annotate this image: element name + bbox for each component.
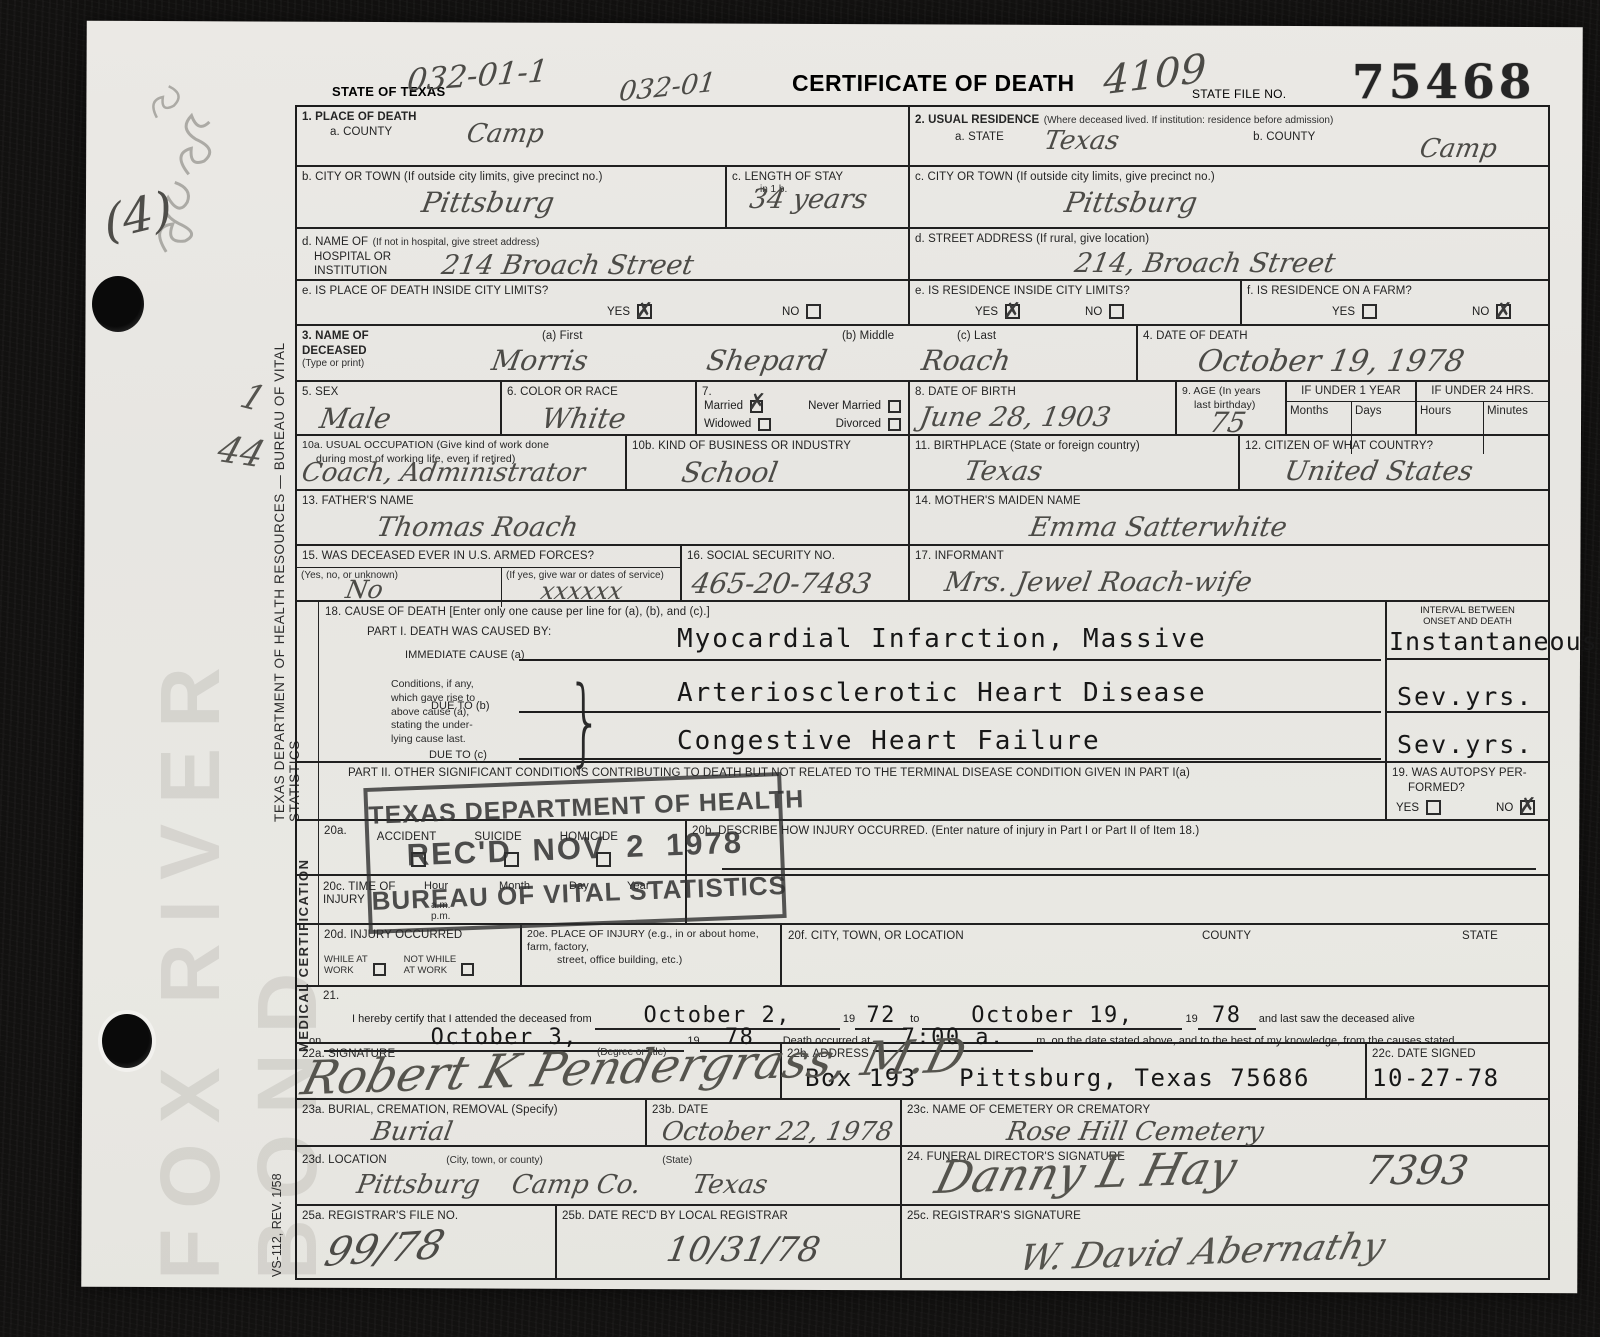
cemetery-name-label: 23c. NAME OF CEMETERY OR CREMATORY [907,1103,1543,1117]
conditions-note-line: Conditions, if any, [391,678,475,692]
due-to-c-label: DUE TO (c) [429,749,487,763]
age-label-1: 9. AGE (In years [1182,385,1280,398]
yes-label: YES [607,306,630,318]
year-19-prefix: 19 [843,1013,855,1025]
interval-a-line [1387,658,1548,660]
field-occupation: 10a. USUAL OCCUPATION (Give kind of work… [297,436,627,489]
burial-location-sub-1: (City, town, or county) [446,1155,543,1166]
date-signed-value: 10-27-78 [1372,1064,1543,1092]
field-injury-location: 20f. CITY, TOWN, OR LOCATION COUNTY STAT… [782,925,1548,986]
occupation-value: Coach, Administrator [299,458,587,488]
citizen-label: 12. CITIZEN OF WHAT COUNTRY? [1245,439,1543,453]
medical-section-strip [297,925,319,986]
usual-residence-label: 2. USUAL RESIDENCE [915,114,1039,126]
field-registrar-file-no: 25a. REGISTRAR'S FILE NO. 99/78 [297,1206,557,1278]
death-city-value: Pittsburg [419,186,557,219]
race-value: White [539,402,628,435]
immediate-cause-value: Myocardial Infarction, Massive [677,624,1207,654]
medical-section-strip [297,876,319,923]
mother-name-value: Emma Satterwhite [1027,512,1289,543]
widowed-checkbox [758,418,771,431]
field-if-under-1-year: IF UNDER 1 YEAR Months Days [1287,382,1417,434]
residence-city-label: c. CITY OR TOWN (If outside city limits,… [915,170,1543,184]
registrar-date-label: 25b. DATE REC'D BY LOCAL REGISTRAR [562,1209,895,1223]
place-of-injury-label-2: street, office building, etc.) [557,954,775,967]
field-death-city: b. CITY OR TOWN (If outside city limits,… [297,167,727,227]
county-label: a. COUNTY [330,125,392,149]
check-mark: ✗ [635,301,653,323]
injury-state-label: STATE [1462,929,1498,943]
interval-b-value: Sev.yrs. [1397,682,1533,711]
time-of-injury-label-2: INJURY [323,893,365,907]
place-of-injury-label-1: 20e. PLACE OF INJURY (e.g., in or about … [527,928,775,954]
punch-hole-top [92,276,144,332]
county-value: Camp [465,119,547,149]
state-file-no-label: STATE FILE NO. [1192,87,1286,101]
farm-yes: YES [1332,304,1377,319]
field-cemetery-name: 23c. NAME OF CEMETERY OR CREMATORY Rose … [902,1100,1548,1145]
name-label-1: 3. NAME OF [302,329,369,343]
death-limits-yes-checkbox: ✗ [637,304,652,319]
no-label: NO [782,306,799,318]
street-address-value: 214, Broach Street [1072,248,1337,279]
field-burial-type: 23a. BURIAL, CREMATION, REMOVAL (Specify… [297,1100,647,1145]
residence-city-limits-label: e. IS RESIDENCE INSIDE CITY LIMITS? [915,284,1235,298]
row-city: b. CITY OR TOWN (If outside city limits,… [297,167,1548,229]
widowed-option: Widowed [704,418,771,431]
autopsy-no: NO ✗ [1496,800,1535,815]
married-option: Married ✗ [704,400,763,413]
field-residence-city: c. CITY OR TOWN (If outside city limits,… [910,167,1548,227]
burial-date-value: October 22, 1978 [659,1117,895,1147]
check-mark: ✗ [1494,301,1512,323]
residence-limits-yes: YES ✗ [975,304,1020,319]
field-place-of-death: 1. PLACE OF DEATH a. COUNTY Camp [297,107,910,165]
yes-label: YES [1332,306,1355,318]
widowed-label: Widowed [704,418,751,430]
name-label-2: DECEASED [302,344,369,358]
residence-limits-no: NO [1085,304,1124,319]
residence-state-value: Texas [1041,126,1122,164]
length-of-stay-label: c. LENGTH OF STAY [732,170,903,184]
yes-label: YES [1396,802,1419,814]
hospital-label-3: INSTITUTION [314,264,387,281]
interval-c-value: Sev.yrs. [1397,730,1533,759]
residence-state-label: a. STATE [955,130,1004,164]
usual-residence-sublabel: (Where deceased lived. If institution: r… [1044,115,1334,126]
field-injury-occurred: 20d. INJURY OCCURRED WHILE AT WORK NOT W… [319,925,522,986]
yes-label: YES [975,306,998,318]
field-hospital: d. NAME OF (If not in hospital, give str… [297,229,910,279]
field-industry: 10b. KIND OF BUSINESS OR INDUSTRY School [627,436,910,489]
occupation-label-1: 10a. USUAL OCCUPATION (Give kind of work… [302,439,620,452]
certify-text-2: and last saw the deceased alive [1259,1013,1415,1025]
under-1-year-label: IF UNDER 1 YEAR [1287,382,1415,401]
residence-farm-label: f. IS RESIDENCE ON A FARM? [1247,284,1543,298]
residence-city-value: Pittsburg [1062,186,1200,219]
industry-label: 10b. KIND OF BUSINESS OR INDUSTRY [632,439,903,453]
registrar-file-label: 25a. REGISTRAR'S FILE NO. [302,1209,550,1223]
interval-label-1: INTERVAL BETWEEN [1387,605,1548,616]
field-cause-of-death: 18. CAUSE OF DEATH [Enter only one cause… [319,602,1385,761]
field-date-of-death: 4. DATE OF DEATH October 19, 1978 [1138,326,1548,380]
interval-label-2: ONSET AND DEATH [1387,616,1548,627]
field-ssn: 16. SOCIAL SECURITY NO. 465-20-7483 [682,546,910,600]
interval-b-line [1387,711,1548,713]
date-of-death-value: October 19, 1978 [1195,344,1467,379]
field-residence-farm: f. IS RESIDENCE ON A FARM? YES NO ✗ [1242,281,1548,325]
describe-injury-label: 20b. DESCRIBE HOW INJURY OCCURRED. (Ente… [692,824,1543,838]
row-location-funeral: 23d. LOCATION (City, town, or county) (S… [297,1147,1548,1207]
field-armed-forces: 15. WAS DECEASED EVER IN U.S. ARMED FORC… [297,546,682,600]
injury-county-label: COUNTY [1202,929,1251,943]
hospital-label-1: d. NAME OF [302,236,368,248]
cause-part1-label: PART I. DEATH WAS CAUSED BY: [367,625,551,639]
no-label: NO [1472,306,1489,318]
funeral-director-signature-value: Danny L Hay [930,1141,1242,1204]
field-birthplace: 11. BIRTHPLACE (State or foreign country… [910,436,1240,489]
row-sex-race-dob: 5. SEX Male 6. COLOR OR RACE White 7. Ma… [297,382,1548,436]
burial-location-city: Pittsburg [354,1170,482,1200]
row-cause-of-death: 18. CAUSE OF DEATH [Enter only one cause… [297,602,1548,763]
field-if-under-24-hrs: IF UNDER 24 HRS. Hours Minutes [1417,382,1548,434]
death-city-limits-label: e. IS PLACE OF DEATH INSIDE CITY LIMITS? [302,284,903,298]
autopsy-label-2: FORMED? [1408,781,1543,795]
marital-label: 7. [702,385,903,399]
immediate-cause-line [519,659,1381,661]
field-time-of-injury-blank [687,876,1548,923]
informant-label: 17. INFORMANT [915,549,1543,563]
ssn-value: 465-20-7483 [689,567,874,600]
not-while-at-work-label-2: AT WORK [404,965,457,976]
residence-county-value: Camp [1418,134,1500,164]
immediate-cause-label: IMMEDIATE CAUSE (a) [405,649,525,663]
describe-injury-line [722,868,1536,870]
registrar-signature-label: 25c. REGISTRAR'S SIGNATURE [907,1209,1543,1223]
medical-section-strip [297,821,319,874]
while-at-work-label-2: WORK [324,965,368,976]
burial-location-state: Texas [690,1170,770,1200]
field-race: 6. COLOR OR RACE White [502,382,697,434]
injury-20a-label: 20a. [324,824,347,872]
street-address-label: d. STREET ADDRESS (If rural, give locati… [915,232,1543,246]
field-informant: 17. INFORMANT Mrs. Jewel Roach-wife [910,546,1548,600]
check-mark: ✗ [1518,796,1536,818]
death-limits-no: NO [782,304,821,319]
divorced-label: Divorced [836,418,881,430]
registrar-file-value: 99/78 [320,1222,449,1276]
field-burial-date: 23b. DATE October 22, 1978 [647,1100,902,1145]
first-name-label: (a) First [542,329,583,343]
hospital-sublabel: (If not in hospital, give street address… [373,237,540,248]
industry-value: School [679,456,780,489]
row-forces-ssn: 15. WAS DECEASED EVER IN U.S. ARMED FORC… [297,546,1548,602]
burial-location-label: 23d. LOCATION [302,1154,387,1166]
death-limits-yes: YES ✗ [607,304,652,319]
check-mark: ✗ [1003,301,1021,323]
field-length-of-stay: c. LENGTH OF STAY in 1 b. 34 years [727,167,910,227]
certificate-form: 1. PLACE OF DEATH a. COUNTY Camp 2. USUA… [295,105,1550,1280]
scanned-death-certificate: (4) 1 44 FOX RIVER BOND TEXAS DEPARTMENT… [0,0,1600,1337]
field-registrar-date: 25b. DATE REC'D BY LOCAL REGISTRAR 10/31… [557,1206,902,1278]
birthplace-value: Texas [962,456,1045,487]
form-code-label: VS-112, REV. 1/58 [270,1092,284,1277]
row-name-dod: 3. NAME OF DECEASED (Type or print) (a) … [297,326,1548,382]
due-to-b-label: DUE TO (b) [431,700,490,714]
armed-forces-value-2: xxxxxx [539,577,625,605]
medical-section-strip [297,763,319,819]
field-death-city-limits: e. IS PLACE OF DEATH INSIDE CITY LIMITS?… [297,281,910,325]
field-residence-city-limits: e. IS RESIDENCE INSIDE CITY LIMITS? YES … [910,281,1242,325]
field-interval-column: INTERVAL BETWEEN ONSET AND DEATH Instant… [1385,602,1548,761]
to-label: to [910,1013,919,1025]
divorced-option: Divorced [836,418,901,431]
field-father-name: 13. FATHER'S NAME Thomas Roach [297,491,910,544]
citizen-value: United States [1282,456,1475,487]
field-describe-injury: 20b. DESCRIBE HOW INJURY OCCURRED. (Ente… [687,821,1548,874]
autopsy-no-checkbox: ✗ [1520,800,1535,815]
residence-limits-yes-checkbox: ✗ [1005,304,1020,319]
field-usual-residence: 2. USUAL RESIDENCE (Where deceased lived… [910,107,1548,165]
married-checkbox: ✗ [750,400,763,413]
funeral-director-number: 7393 [1362,1148,1472,1194]
received-stamp: TEXAS DEPARTMENT OF HEALTH REC'D NOV 2 1… [363,772,786,934]
last-name-value: Roach [919,344,1013,377]
first-name-value: Morris [489,344,590,377]
field-sex: 5. SEX Male [297,382,502,434]
age-value: 75 [1207,406,1248,439]
death-city-label: b. CITY OR TOWN (If outside city limits,… [302,170,720,184]
no-label: NO [1085,306,1102,318]
state-file-number: 75468 [1352,55,1536,110]
name-sublabel: (Type or print) [302,358,369,369]
race-label: 6. COLOR OR RACE [507,385,690,399]
conditions-note-line: stating the under- [391,719,475,733]
mother-name-label: 14. MOTHER'S MAIDEN NAME [915,494,1543,508]
ssn-label: 16. SOCIAL SECURITY NO. [687,549,903,563]
year-19-prefix: 19 [1185,1013,1197,1025]
middle-name-value: Shepard [704,344,830,377]
death-limits-no-checkbox [806,304,821,319]
autopsy-label-1: 19. WAS AUTOPSY PER- [1392,766,1543,780]
registrar-date-value: 10/31/78 [663,1230,823,1270]
conditions-brace: } [567,668,603,779]
autopsy-yes: YES [1396,800,1441,815]
never-married-checkbox [888,400,901,413]
place-of-death-label: 1. PLACE OF DEATH [302,110,903,124]
burial-location-county: Camp Co. [509,1170,643,1200]
date-of-death-label: 4. DATE OF DEATH [1143,329,1543,343]
row-occupation: 10a. USUAL OCCUPATION (Give kind of work… [297,436,1548,491]
row-city-limits: e. IS PLACE OF DEATH INSIDE CITY LIMITS?… [297,281,1548,327]
field-burial-location: 23d. LOCATION (City, town, or county) (S… [297,1147,902,1205]
certify-number: 21. [323,989,339,1003]
row-parents: 13. FATHER'S NAME Thomas Roach 14. MOTHE… [297,491,1548,546]
cause-title: 18. CAUSE OF DEATH [Enter only one cause… [325,605,710,619]
conditions-note-line: lying cause last. [391,733,475,747]
field-date-of-birth: 8. DATE OF BIRTH June 28, 1903 [910,382,1177,434]
date-of-birth-value: June 28, 1903 [917,402,1113,433]
last-name-label: (c) Last [957,329,996,343]
father-name-value: Thomas Roach [374,512,580,543]
burial-location-sub-2: (State) [662,1155,692,1166]
stamp-line-3: BUREAU OF VITAL STATISTICS [371,870,782,917]
field-age: 9. AGE (In years last birthday) 75 [1177,382,1287,434]
field-place-of-injury: 20e. PLACE OF INJURY (e.g., in or about … [522,925,782,986]
residence-county-label: b. COUNTY [1253,130,1315,164]
field-autopsy: 19. WAS AUTOPSY PER- FORMED? YES NO ✗ [1385,763,1548,819]
farm-no: NO ✗ [1472,304,1511,319]
row-hospital-street: d. NAME OF (If not in hospital, give str… [297,229,1548,281]
length-of-stay-value: 34 years [747,184,869,215]
middle-name-label: (b) Middle [842,329,894,343]
check-mark: ✗ [748,392,766,414]
farm-yes-checkbox [1362,304,1377,319]
never-married-option: Never Married [808,400,901,413]
armed-forces-sub-1: (Yes, no, or unknown) [301,570,497,581]
stamp-line-2: REC'D NOV 2 1978 [369,823,780,875]
farm-no-checkbox: ✗ [1496,304,1511,319]
married-label: Married [704,400,743,412]
burial-type-label: 23a. BURIAL, CREMATION, REMOVAL (Specify… [302,1103,640,1117]
sex-label: 5. SEX [302,385,495,399]
divorced-checkbox [888,418,901,431]
row-burial: 23a. BURIAL, CREMATION, REMOVAL (Specify… [297,1100,1548,1147]
row-place-residence: 1. PLACE OF DEATH a. COUNTY Camp 2. USUA… [297,107,1548,167]
burial-date-label: 23b. DATE [652,1103,895,1117]
father-name-label: 13. FATHER'S NAME [302,494,903,508]
field-name-of-deceased: 3. NAME OF DECEASED (Type or print) (a) … [297,326,1138,380]
while-at-work-checkbox [373,963,386,976]
field-date-signed: 22c. DATE SIGNED 10-27-78 [1367,1044,1548,1098]
field-marital-status: 7. Married ✗ Never Married Widowed [697,382,910,434]
certificate-title: CERTIFICATE OF DEATH [792,70,1075,97]
part2-label: PART II. OTHER SIGNIFICANT CONDITIONS CO… [348,766,1380,780]
due-to-c-line [519,758,1381,760]
field-mother-name: 14. MOTHER'S MAIDEN NAME Emma Satterwhit… [910,491,1548,544]
autopsy-yes-checkbox [1426,800,1441,815]
interval-a-value: Instantaneous [1389,627,1598,656]
hospital-value: 214 Broach Street [440,250,697,281]
armed-forces-label: 15. WAS DECEASED EVER IN U.S. ARMED FORC… [297,546,680,567]
no-label: NO [1496,802,1513,814]
injury-city-label: 20f. CITY, TOWN, OR LOCATION [788,929,964,943]
row-injury-place: 20d. INJURY OCCURRED WHILE AT WORK NOT W… [297,925,1548,988]
field-citizen: 12. CITIZEN OF WHAT COUNTRY? United Stat… [1240,436,1548,489]
medical-section-strip [297,602,319,761]
not-while-at-work-checkbox [461,963,474,976]
stamp-line-1: TEXAS DEPARTMENT OF HEALTH [368,786,779,831]
burial-type-value: Burial [369,1117,455,1147]
due-to-c-value: Congestive Heart Failure [677,726,1101,756]
physician-address-city: Pittsburg, Texas 75686 [959,1064,1310,1092]
field-street-address: d. STREET ADDRESS (If rural, give locati… [910,229,1548,279]
birthplace-label: 11. BIRTHPLACE (State or foreign country… [915,439,1233,453]
under-24-hrs-label: IF UNDER 24 HRS. [1417,382,1548,401]
never-married-label: Never Married [808,400,881,412]
due-to-b-value: Arteriosclerotic Heart Disease [677,678,1207,708]
residence-limits-no-checkbox [1109,304,1124,319]
date-of-birth-label: 8. DATE OF BIRTH [915,385,1170,399]
not-while-at-work-label-1: NOT WHILE [404,954,457,965]
sex-value: Male [317,402,394,435]
armed-forces-value-1: No [343,575,385,604]
certify-text-1: I hereby certify that I attended the dec… [352,1013,592,1025]
while-at-work-label-1: WHILE AT [324,954,368,965]
due-to-b-line [519,711,1381,713]
date-signed-label: 22c. DATE SIGNED [1372,1047,1543,1061]
informant-value: Mrs. Jewel Roach-wife [942,567,1254,598]
